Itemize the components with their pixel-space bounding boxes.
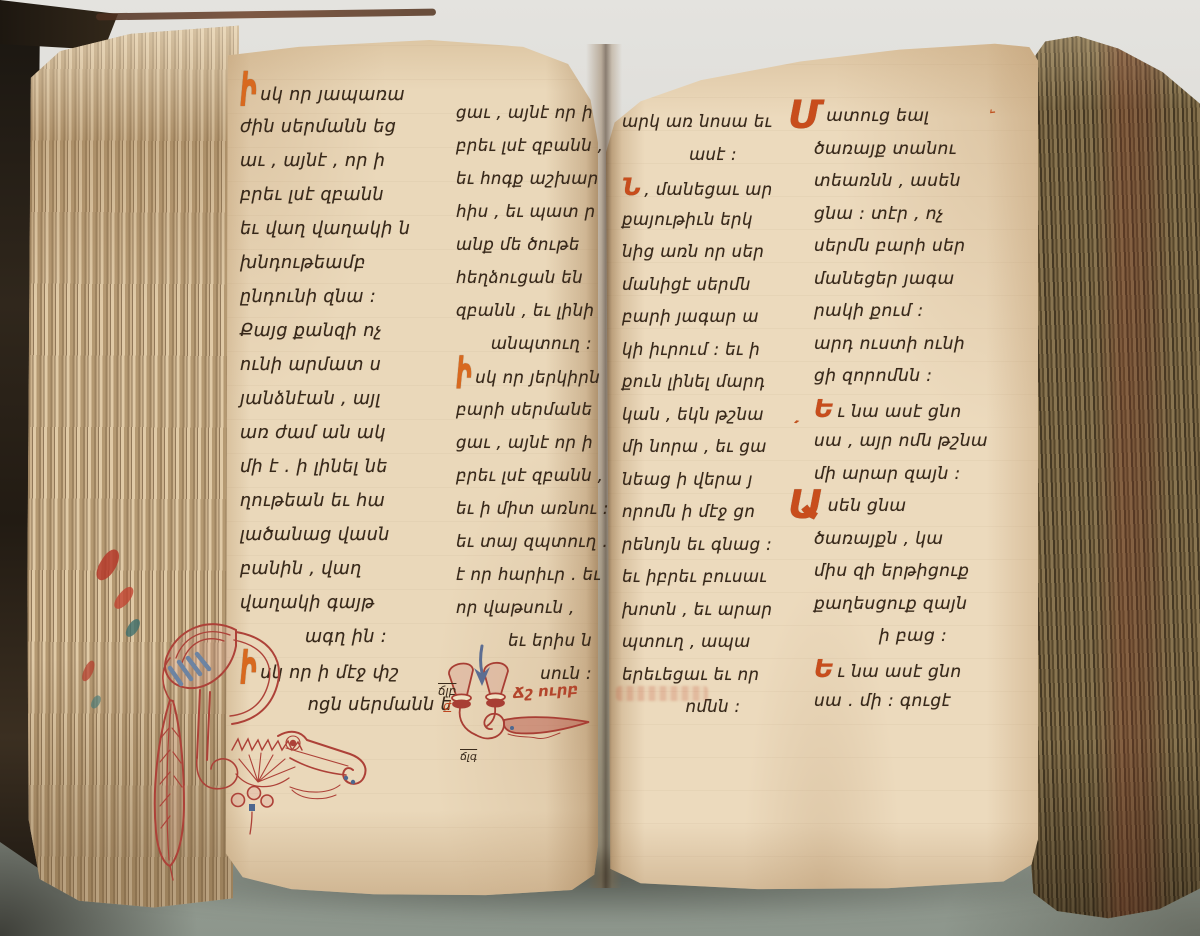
manuscript-text-line: բրեւ լսէ զբանն , — [456, 129, 592, 162]
manuscript-text-line: րենոյն եւ գնաց : — [622, 529, 804, 562]
manuscript-text-line: անպտուղ : — [456, 327, 592, 360]
manuscript-text-line: մի նորա , եւ ցա — [622, 431, 804, 464]
manuscript-text-line: եւ վաղ վաղակի ն — [240, 212, 452, 246]
manuscript-text-line: Քայց քանզի ոչ — [240, 314, 452, 348]
manuscript-text-line: սա ․ մի : գուցէ — [814, 685, 1012, 718]
manuscript-text-line: Ն, մանեցաւ ար — [622, 171, 804, 204]
manuscript-text-line: անք մե ծութե — [456, 228, 592, 261]
manuscript-text-line: մի է ․ ի լինել նե — [240, 450, 452, 484]
manuscript-text-line: յանձնէան , այլ — [240, 382, 452, 416]
manuscript-text-line: հիս , եւ պատ ր — [456, 195, 592, 228]
manuscript-text-line: աւ , այնէ , որ ի — [240, 144, 452, 178]
bird-dragon-illustration — [140, 608, 405, 883]
manuscript-text-line: Մատուց եալ — [814, 100, 1012, 133]
rubricated-initial: Ե — [814, 654, 834, 683]
manuscript-text-line: խնդութեամբ — [240, 246, 452, 280]
manuscript-text-line: նից առն որ սեր — [622, 236, 804, 269]
manuscript-text-line: որոմն ի մէջ ցո — [622, 496, 804, 529]
manuscript-text-line: է որ հարիւր ․ եւ — [456, 558, 592, 591]
manuscript-text-line: Եւ նա ասէ ցնո — [814, 653, 1012, 686]
manuscript-text-line: հեղձուցան են — [456, 261, 592, 294]
manuscript-text-line: րակի քում : — [814, 295, 1012, 328]
manuscript-photo-scene: Իսկ որ յապառաժին սերմանն եցաւ , այնէ , ո… — [0, 0, 1200, 936]
manuscript-text-line: բանին , վաղ — [240, 552, 452, 586]
manuscript-text-line: Իսկ որ յերկիրն — [456, 360, 592, 393]
rubricated-initial: Ե — [814, 394, 834, 423]
manuscript-text-line: սա , այր ոմն թշնա — [814, 425, 1012, 458]
manuscript-text-line: եւ տայ զպտուղ ․ — [456, 525, 592, 558]
manuscript-text-line: արկ առ նոսա եւ — [622, 106, 804, 139]
manuscript-text-line: ի բաց : — [814, 620, 1012, 653]
manuscript-text-line: ունի արմատ ս — [240, 348, 452, 382]
manuscript-text-line: զբանն , եւ լինի — [456, 294, 592, 327]
right-page-column-1: արկ առ նոսա եւասէ :Ն, մանեցաւ արքայութիւ… — [622, 106, 804, 724]
manuscript-text-line: կի իւրում : եւ ի — [622, 334, 804, 367]
manuscript-text-line: բարի յագար ա — [622, 301, 804, 334]
canon-number: ժ — [438, 699, 456, 714]
manuscript-text-line: լածանաց վասն — [240, 518, 452, 552]
rubricated-initial: Մ — [788, 93, 822, 138]
manuscript-text-line: ասէ : — [622, 139, 804, 172]
manuscript-text-line: Ասեն ցնա — [814, 490, 1012, 523]
left-page-column-2: ցաւ , այնէ որ իբրեւ լսէ զբանն ,եւ հոգք ա… — [456, 96, 592, 690]
manuscript-text-line: Եւ նա ասէ ցնո — [814, 393, 1012, 426]
section-number: ճլբ — [438, 684, 456, 699]
manuscript-text-line: միս զի երթիցուք — [814, 555, 1012, 588]
manuscript-text-line: սերմն բարի սեր — [814, 230, 1012, 263]
manuscript-text-line: եւ հոգք աշխար — [456, 162, 592, 195]
page-stack-right-fore-edge — [1030, 18, 1200, 920]
penwork-trumpet-ornament — [446, 658, 596, 750]
erased-red-note — [616, 686, 708, 701]
manuscript-text-line: արդ ուստի ունի — [814, 328, 1012, 361]
manuscript-text-line: բրեւ լսէ զբանն — [240, 178, 452, 212]
manuscript-text-line: ծառայքն , կա — [814, 523, 1012, 556]
manuscript-text-line: մի արար զայն : — [814, 458, 1012, 491]
manuscript-text-line: քուն լինել մարդ — [622, 366, 804, 399]
manuscript-text-line: ընդունի զնա : — [240, 280, 452, 314]
cover-top-edge-line — [96, 9, 436, 21]
canon-number-mark: ճլգ — [460, 750, 477, 764]
manuscript-text-line: մանիցէ սերմն — [622, 269, 804, 302]
manuscript-text-line: քաղեսցուք զայն — [814, 588, 1012, 621]
manuscript-text-line: ժին սերմանն եց — [240, 110, 452, 144]
rubricated-initial: Ն — [622, 173, 641, 201]
manuscript-text-line: ցնա : տէր , ոչ — [814, 198, 1012, 231]
rubricated-initial: Ա — [788, 483, 824, 528]
manuscript-text-line: ծառայք տանու — [814, 133, 1012, 166]
manuscript-text-line: բարի սերմանե — [456, 393, 592, 426]
manuscript-text-line: տեառնն , ասեն — [814, 165, 1012, 198]
manuscript-text-line: ղութեան եւ հա — [240, 484, 452, 518]
manuscript-text-line: խոտն , եւ արար — [622, 594, 804, 627]
rubricated-initial: Ի — [240, 56, 257, 127]
manuscript-text-line: ցաւ , այնէ որ ի — [456, 96, 592, 129]
blue-arrow-icon — [470, 644, 494, 688]
manuscript-text-line: մանեցեր յագա — [814, 263, 1012, 296]
manuscript-text-line: ցաւ , այնէ որ ի — [456, 426, 592, 459]
manuscript-text-line: քայութիւն երկ — [622, 204, 804, 237]
canon-number-mark: ճլբ ժ — [438, 684, 456, 714]
rubricated-initial: Ի — [456, 340, 472, 409]
manuscript-text-line: ցի զորոմնն : — [814, 360, 1012, 393]
manuscript-text-line: եւ ի միտ առնու : — [456, 492, 592, 525]
manuscript-text-line: Իսկ որ յապառա — [240, 76, 452, 110]
right-page-column-2: Մատուց եալծառայք տանուտեառնն , ասենցնա :… — [814, 100, 1012, 718]
manuscript-text-line: նեաց ի վերա յ — [622, 464, 804, 497]
manuscript-text-line: բրեւ լսէ զբանն , — [456, 459, 592, 492]
manuscript-text-line: առ ժամ ան ակ — [240, 416, 452, 450]
manuscript-text-line: եւ իբրեւ բուսաւ — [622, 561, 804, 594]
manuscript-text-line: պտուղ , ապա — [622, 626, 804, 659]
manuscript-text-line: կան , եկն թշնա — [622, 399, 804, 432]
section-number: ճլգ — [460, 750, 477, 764]
manuscript-text-line: որ վաթսուն , — [456, 591, 592, 624]
